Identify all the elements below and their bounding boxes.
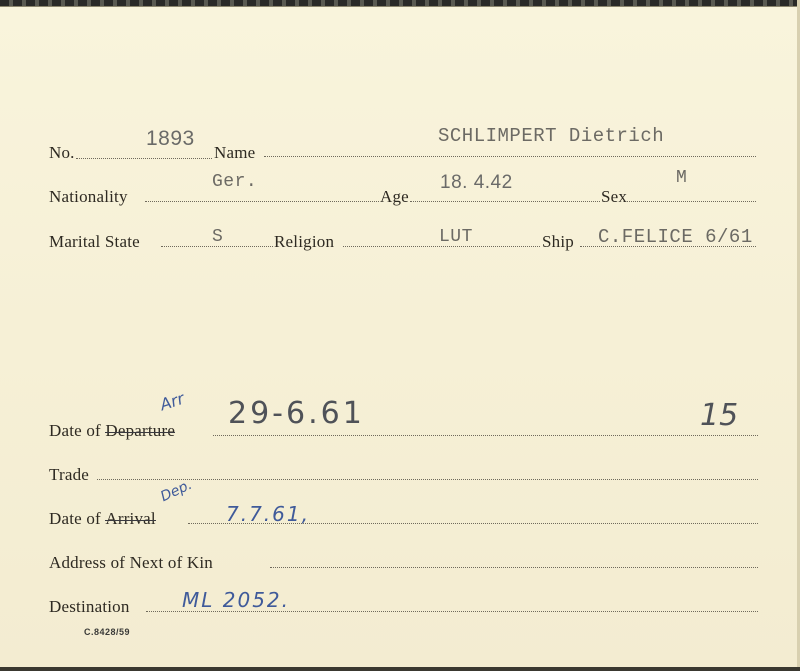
name-value: SCHLIMPERT Dietrich bbox=[438, 125, 664, 147]
trade-label: Trade bbox=[49, 465, 89, 485]
card-bottom-edge bbox=[0, 667, 800, 671]
card-top-edge bbox=[0, 0, 800, 7]
departure-annotation-arr: Arr bbox=[158, 389, 187, 415]
no-dotted-line bbox=[76, 158, 212, 159]
departure-struck-word: Departure bbox=[105, 421, 175, 441]
ship-label: Ship bbox=[542, 232, 574, 252]
date-of-arrival-label-prefix: Date of bbox=[49, 509, 105, 528]
address-next-of-kin-dotted-line bbox=[270, 567, 758, 568]
date-of-arrival-label: Date of Arrival bbox=[49, 509, 156, 529]
date-of-departure-label-prefix: Date of bbox=[49, 421, 105, 440]
sex-label: Sex bbox=[601, 187, 627, 207]
nationality-label: Nationality bbox=[49, 187, 128, 207]
name-dotted-line bbox=[264, 156, 756, 157]
address-next-of-kin-label: Address of Next of Kin bbox=[49, 553, 213, 573]
date-of-departure-dotted-line bbox=[213, 435, 758, 436]
date-of-departure-value: 29-6.61 bbox=[228, 396, 365, 431]
name-label: Name bbox=[214, 143, 255, 163]
sex-dotted-line bbox=[627, 201, 756, 202]
nationality-value: Ger. bbox=[212, 172, 257, 192]
age-label: Age bbox=[380, 187, 409, 207]
religion-value: LUT bbox=[439, 227, 473, 247]
date-of-departure-label: Date of Departure bbox=[49, 421, 175, 441]
age-dotted-line bbox=[410, 201, 600, 202]
marital-state-label: Marital State bbox=[49, 232, 140, 252]
date-of-arrival-value: 7.7.61, bbox=[226, 502, 310, 526]
no-label: No. bbox=[49, 143, 75, 163]
no-value: 1893 bbox=[146, 127, 195, 151]
ship-value: C.FELICE 6/61 bbox=[598, 226, 753, 248]
destination-label: Destination bbox=[49, 597, 130, 617]
immigration-card: No. 1893 Name SCHLIMPERT Dietrich Nation… bbox=[0, 0, 800, 671]
religion-label: Religion bbox=[274, 232, 334, 252]
destination-value: ML 2052. bbox=[182, 588, 290, 612]
nationality-dotted-line bbox=[145, 201, 379, 202]
arrival-annotation-dep: Dep. bbox=[158, 477, 194, 505]
sex-value: M bbox=[676, 168, 687, 188]
departure-side-number: 15 bbox=[700, 398, 738, 433]
marital-state-value: S bbox=[212, 227, 223, 247]
arrival-struck-word: Arrival bbox=[105, 509, 156, 529]
form-code: C.8428/59 bbox=[84, 627, 130, 637]
age-value: 18. 4.42 bbox=[440, 172, 513, 194]
trade-dotted-line bbox=[97, 479, 758, 480]
